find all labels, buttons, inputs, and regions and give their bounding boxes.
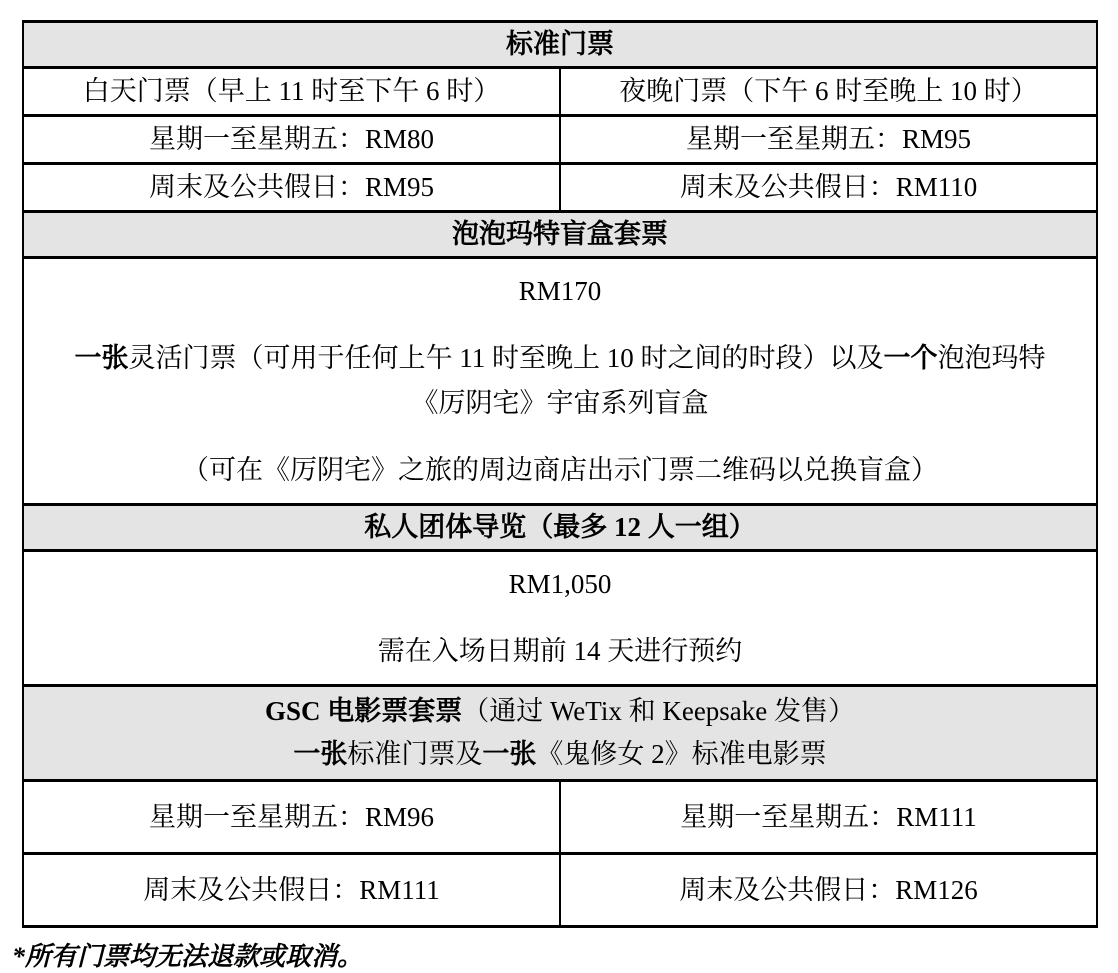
gsc-section-header: GSC 电影票套票（通过 WeTix 和 Keepsake 发售） 一张标准门票…: [23, 686, 1097, 781]
popmart-desc-seg-2: 一个: [884, 343, 938, 373]
standard-header-row: 标准门票: [23, 22, 1097, 68]
gsc-header-row: GSC 电影票套票（通过 WeTix 和 Keepsake 发售） 一张标准门票…: [23, 686, 1097, 781]
popmart-desc-seg-1: 灵活门票（可用于任何上午 11 时至晚上 10 时之间的时段）以及: [129, 343, 884, 373]
night-weekday-price-cell: 星期一至星期五：RM95: [560, 116, 1097, 164]
day-weekday-price-cell: 星期一至星期五：RM80: [23, 116, 560, 164]
gsc-left-weekend-price-cell: 周末及公共假日：RM111: [23, 854, 560, 927]
spacer: [30, 314, 1090, 336]
popmart-header-row: 泡泡玛特盲盒套票: [23, 212, 1097, 258]
gsc-header-line1: GSC 电影票套票（通过 WeTix 和 Keepsake 发售）: [30, 690, 1090, 733]
standard-section-header: 标准门票: [23, 22, 1097, 68]
private-tour-header-row: 私人团体导览（最多 12 人一组）: [23, 505, 1097, 551]
refund-footnote: *所有门票均无法退款或取消。: [12, 936, 1098, 973]
popmart-desc-seg-0: 一张: [75, 343, 129, 373]
private-tour-booking-note: 需在入场日期前 14 天进行预约: [30, 629, 1090, 674]
weekend-price-row: 周末及公共假日：RM95 周末及公共假日：RM110: [23, 164, 1097, 212]
day-weekend-price-cell: 周末及公共假日：RM95: [23, 164, 560, 212]
ticket-price-table: 标准门票 白天门票（早上 11 时至下午 6 时） 夜晚门票（下午 6 时至晚上…: [22, 20, 1098, 928]
gsc-hdr2-seg-0: 一张: [293, 739, 347, 769]
spacer: [30, 607, 1090, 629]
spacer: [30, 426, 1090, 448]
gsc-hdr1-seg-0: GSC 电影票套票: [265, 696, 462, 726]
private-tour-section-header: 私人团体导览（最多 12 人一组）: [23, 505, 1097, 551]
popmart-description: 一张灵活门票（可用于任何上午 11 时至晚上 10 时之间的时段）以及一个泡泡玛…: [30, 336, 1090, 426]
gsc-left-weekday-price-cell: 星期一至星期五：RM96: [23, 781, 560, 854]
gsc-hdr2-seg-2: 一张: [482, 739, 536, 769]
day-ticket-title-cell: 白天门票（早上 11 时至下午 6 时）: [23, 68, 560, 116]
gsc-right-weekend-price-cell: 周末及公共假日：RM126: [560, 854, 1097, 927]
popmart-detail-row: RM170 一张灵活门票（可用于任何上午 11 时至晚上 10 时之间的时段）以…: [23, 258, 1097, 505]
private-tour-price: RM1,050: [30, 562, 1090, 607]
private-tour-detail-cell: RM1,050 需在入场日期前 14 天进行预约: [23, 551, 1097, 686]
popmart-redeem-note: （可在《厉阴宅》之旅的周边商店出示门票二维码以兑换盲盒）: [30, 448, 1090, 493]
weekday-price-row: 星期一至星期五：RM80 星期一至星期五：RM95: [23, 116, 1097, 164]
popmart-price: RM170: [30, 269, 1090, 314]
gsc-hdr2-seg-1: 标准门票及: [347, 739, 482, 769]
gsc-hdr2-seg-3: 《鬼修女 2》标准电影票: [536, 739, 826, 769]
gsc-weekday-price-row: 星期一至星期五：RM96 星期一至星期五：RM111: [23, 781, 1097, 854]
popmart-detail-cell: RM170 一张灵活门票（可用于任何上午 11 时至晚上 10 时之间的时段）以…: [23, 258, 1097, 505]
ticket-type-row: 白天门票（早上 11 时至下午 6 时） 夜晚门票（下午 6 时至晚上 10 时…: [23, 68, 1097, 116]
gsc-right-weekday-price-cell: 星期一至星期五：RM111: [560, 781, 1097, 854]
popmart-section-header: 泡泡玛特盲盒套票: [23, 212, 1097, 258]
gsc-hdr1-seg-1: （通过 WeTix 和 Keepsake 发售）: [462, 696, 855, 726]
gsc-weekend-price-row: 周末及公共假日：RM111 周末及公共假日：RM126: [23, 854, 1097, 927]
night-ticket-title-cell: 夜晚门票（下午 6 时至晚上 10 时）: [560, 68, 1097, 116]
night-weekend-price-cell: 周末及公共假日：RM110: [560, 164, 1097, 212]
document-page: 标准门票 白天门票（早上 11 时至下午 6 时） 夜晚门票（下午 6 时至晚上…: [0, 0, 1118, 966]
private-tour-detail-row: RM1,050 需在入场日期前 14 天进行预约: [23, 551, 1097, 686]
gsc-header-line2: 一张标准门票及一张《鬼修女 2》标准电影票: [30, 733, 1090, 776]
